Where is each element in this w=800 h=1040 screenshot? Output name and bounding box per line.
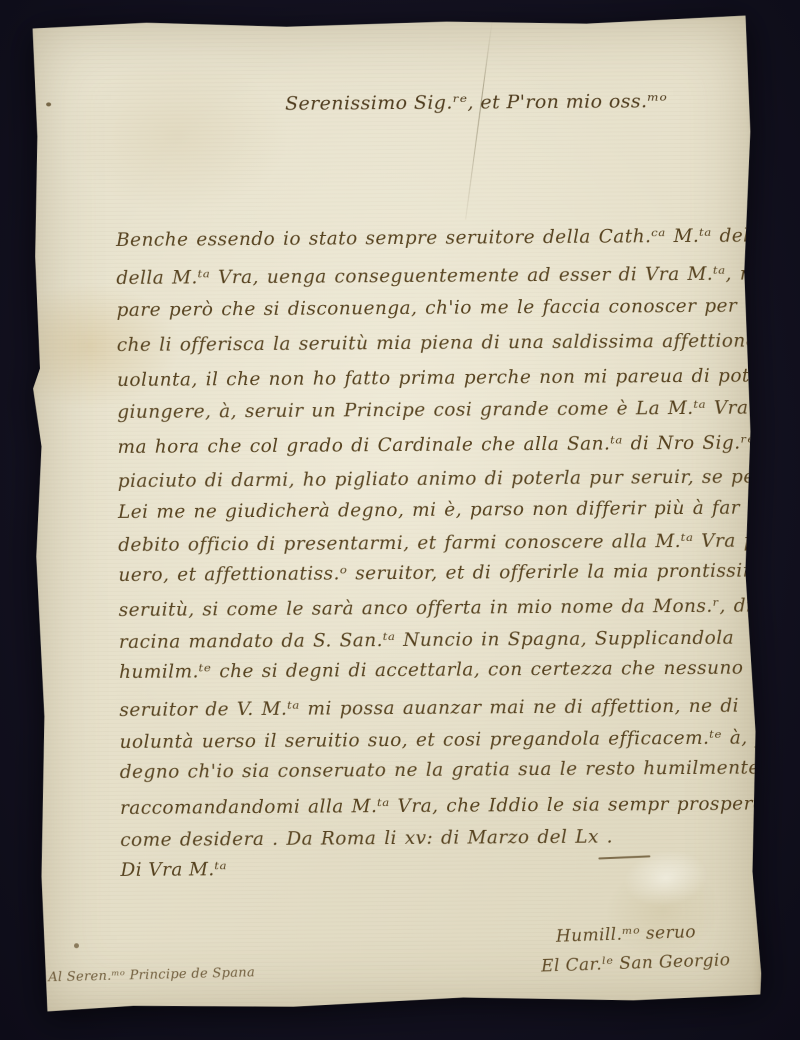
- body-line: pare però che si disconuenga, ch'io me l…: [116, 295, 800, 321]
- valediction: Di Vra M.ᵗᵃ: [120, 859, 227, 881]
- letter-sheet: Serenissimo Sig.ʳᵉ, et P'ron mio oss.ᵐᵒ …: [27, 11, 764, 1020]
- letter-sheet-wrap: Serenissimo Sig.ʳᵉ, et P'ron mio oss.ᵐᵒ …: [27, 11, 764, 1020]
- body-line: uero, et affettionatiss.ᵒ seruitor, et d…: [118, 560, 772, 586]
- body-line: che li offerisca la seruitù mia piena di…: [117, 330, 791, 356]
- body-line: della M.ᵗᵃ Vra, uenga conseguentemente a…: [116, 263, 800, 289]
- ink-speck: [74, 943, 79, 948]
- body-line: uoluntà uerso il seruitio suo, et cosi p…: [120, 727, 800, 753]
- salutation: Serenissimo Sig.ʳᵉ, et P'ron mio oss.ᵐᵒ: [285, 90, 667, 115]
- body-line: debito officio di presentarmi, et farmi …: [118, 530, 777, 556]
- body-line: degno ch'io sia conseruato ne la gratia …: [120, 757, 760, 782]
- body-line: ma hora che col grado di Cardinale che a…: [117, 432, 780, 458]
- address-docket: Al Seren.ᵐᵒ Principe de Spana: [48, 965, 255, 985]
- body-line: humilm.ᵗᵉ che si degni di accettarla, co…: [119, 657, 798, 683]
- body-line: raccomandandomi alla M.ᵗᵃ Vra, che Iddio…: [120, 793, 765, 818]
- body-line: seruitù, si come le sarà anco offerta in…: [119, 595, 799, 621]
- signature-line-2: El Car.ˡᵉ San Georgio: [541, 950, 731, 976]
- photo-background: Serenissimo Sig.ʳᵉ, et P'ron mio oss.ᵐᵒ …: [0, 0, 800, 1040]
- ink-speck: [21, 929, 25, 932]
- body-line: seruitor de V. M.ᵗᵃ mi possa auanzar mai…: [119, 696, 739, 721]
- ink-speck: [46, 102, 51, 106]
- body-line: come desidera . Da Roma li xv: di Marzo …: [120, 826, 613, 850]
- paper-crease: [465, 21, 492, 219]
- body-line: Lei me ne giudicherà degno, mi è, parso …: [118, 497, 800, 523]
- body-line: uolunta, il che non ho fatto prima perch…: [117, 365, 782, 391]
- body-line: racina mandato da S. San.ᵗᵃ Nuncio in Sp…: [119, 628, 734, 653]
- body-line: giungere, à, seruir un Principe cosi gra…: [117, 398, 748, 423]
- body-line: Benche essendo io stato sempre seruitore…: [116, 225, 800, 251]
- body-line: piaciuto di darmi, ho pigliato animo di …: [118, 466, 776, 492]
